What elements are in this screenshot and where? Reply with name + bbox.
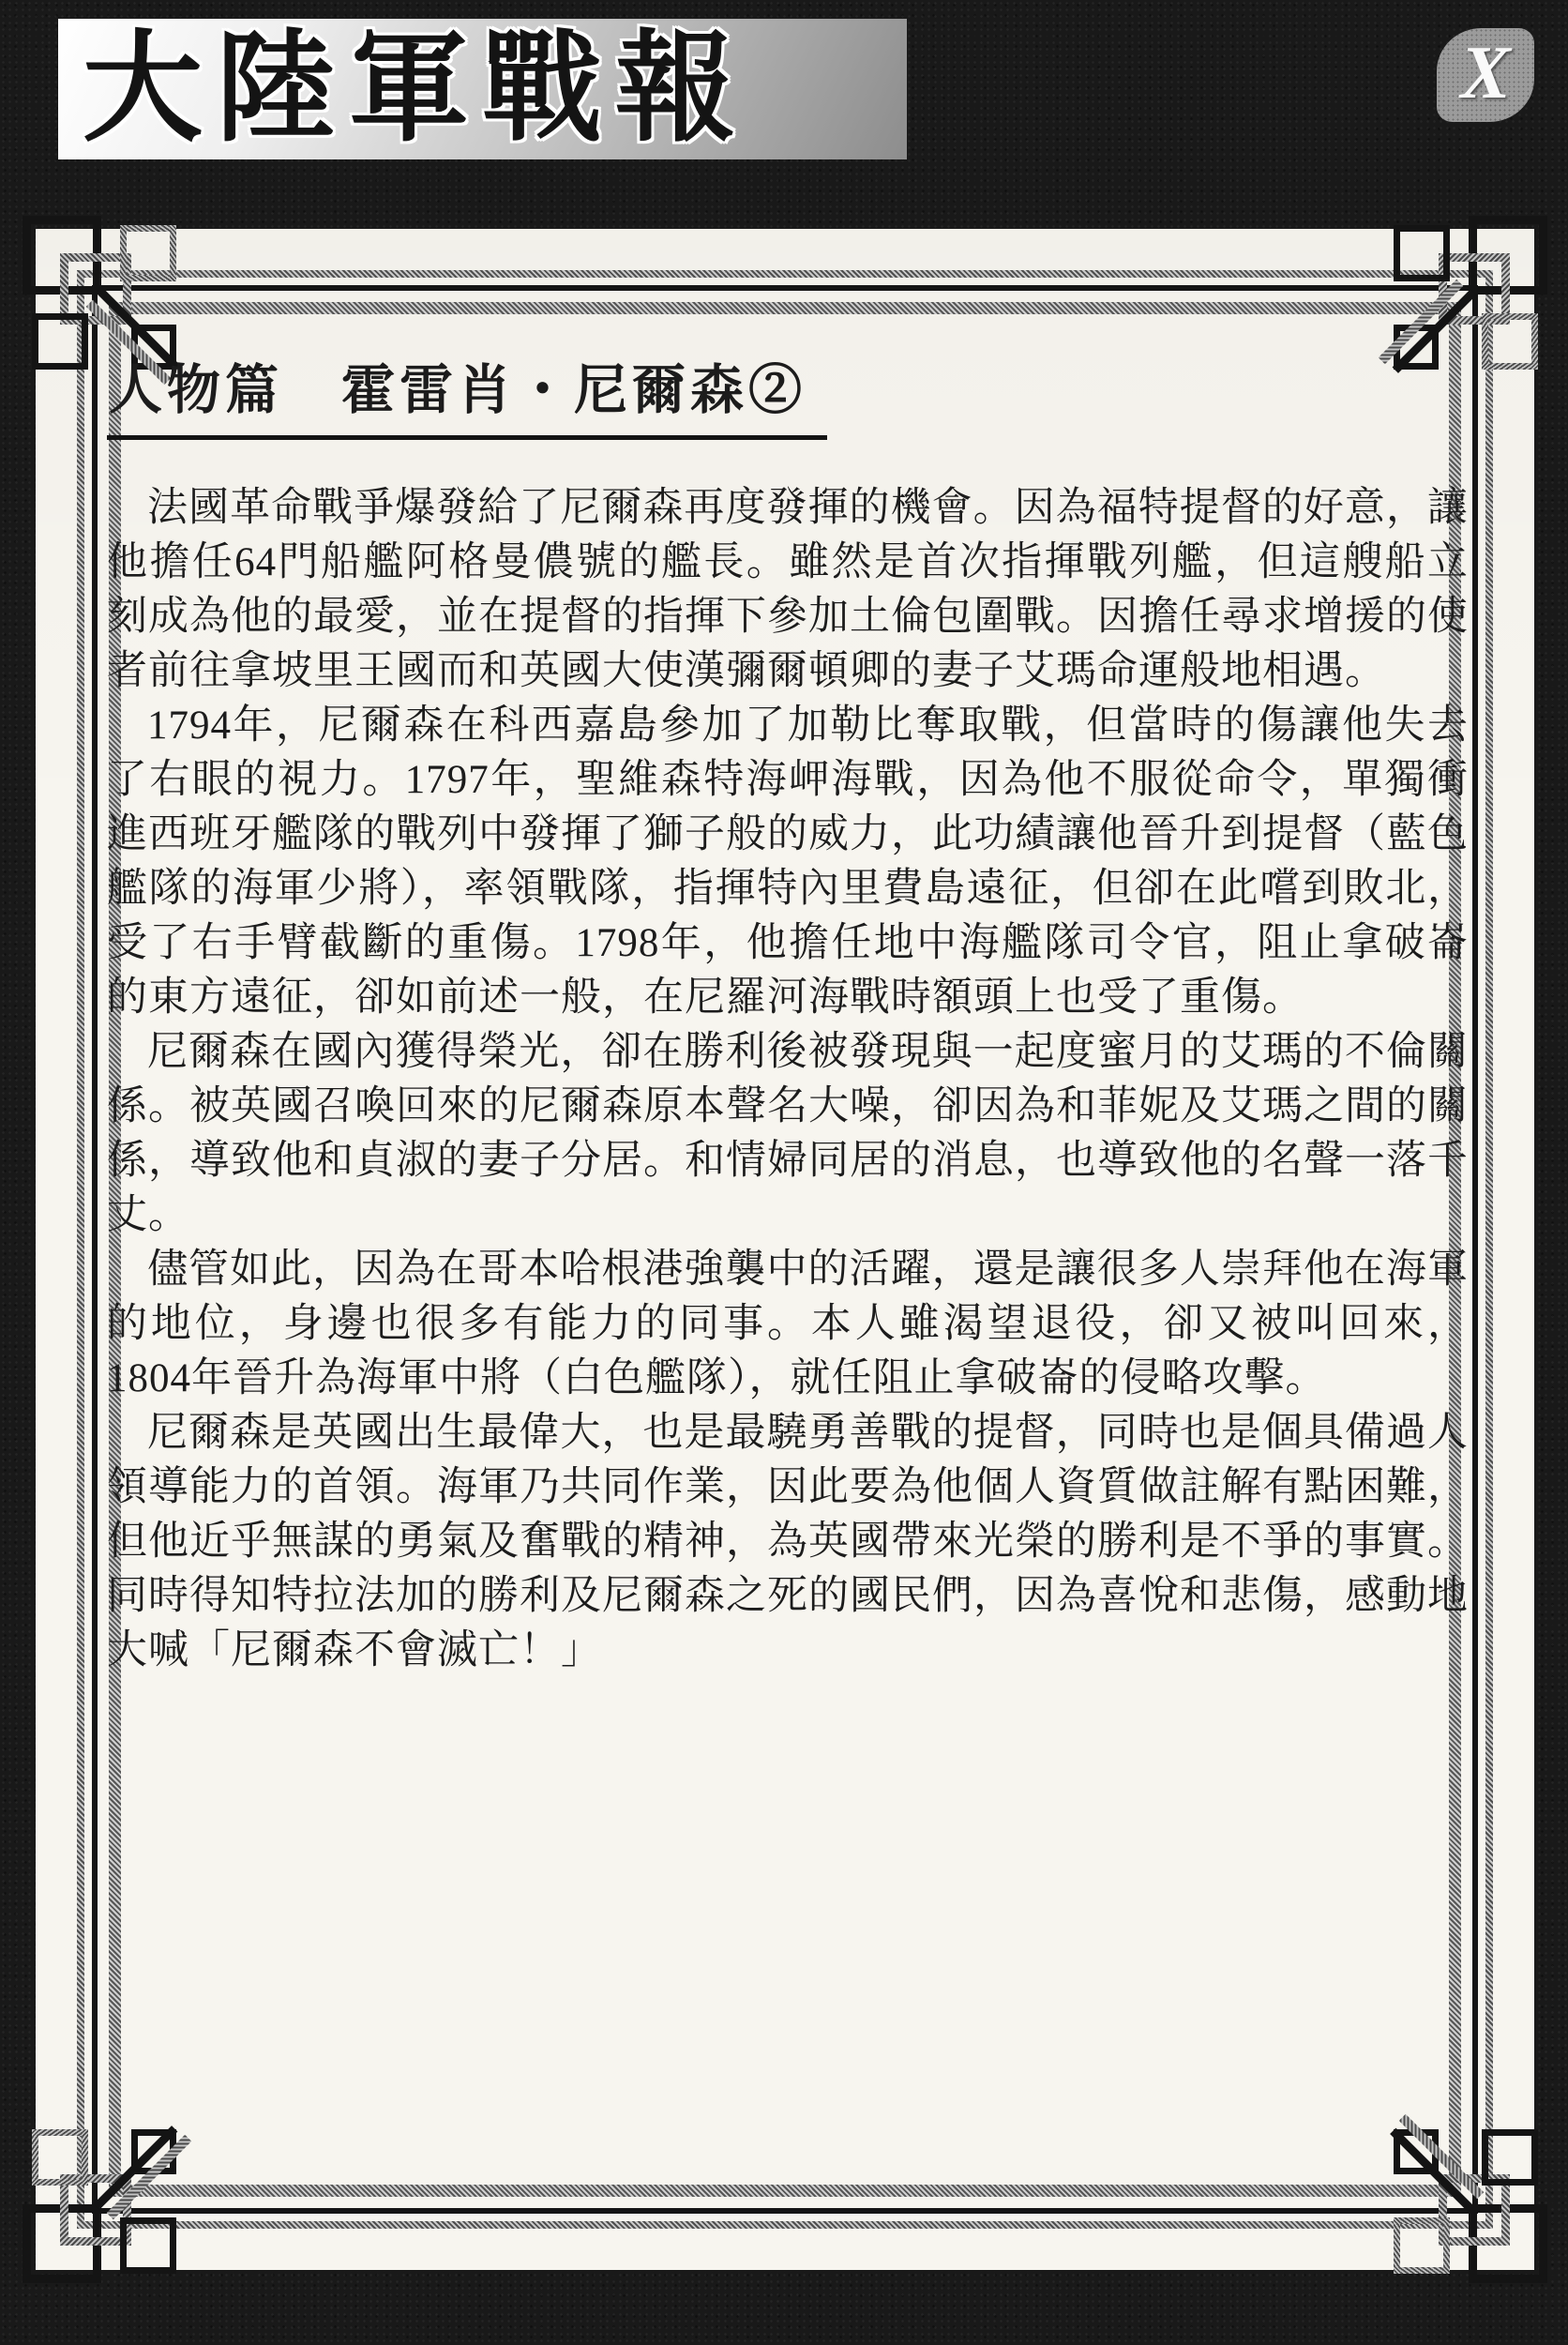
paragraph-3: 尼爾森在國內獲得榮光，卻在勝利後被發現與一起度蜜月的艾瑪的不倫關係。被英國召喚回… (107, 1025, 1469, 1243)
masthead-title: 大陸軍戰報 (58, 29, 748, 149)
page-marker-badge: X (1437, 28, 1534, 122)
masthead-banner: 大陸軍戰報 (58, 19, 907, 159)
paragraph-5: 尼爾森是英國出生最偉大，也是最驍勇善戰的提督，同時也是個具備過人領導能力的首領。… (107, 1406, 1469, 1678)
page-marker-letter: X (1460, 31, 1510, 116)
corner-ornament-bottom-right-icon (1357, 2093, 1549, 2285)
paragraph-4: 儘管如此，因為在哥本哈根港強襲中的活躍，還是讓很多人崇拜他在海軍的地位，身邊也很… (107, 1243, 1469, 1406)
corner-ornament-bottom-left-icon (21, 2093, 213, 2285)
content-panel: 人物篇 霍雷肖・尼爾森② 法國革命戰爭爆發給了尼爾森再度發揮的機會。因為福特提督… (36, 229, 1534, 2270)
paragraph-1: 法國革命戰爭爆發給了尼爾森再度發揮的機會。因為福特提督的好意，讓他擔任64門船艦… (107, 481, 1469, 699)
paragraph-2: 1794年，尼爾森在科西嘉島參加了加勒比奪取戰，但當時的傷讓他失去了右眼的視力。… (107, 699, 1469, 1025)
article: 人物篇 霍雷肖・尼爾森② 法國革命戰爭爆發給了尼爾森再度發揮的機會。因為福特提督… (107, 360, 1469, 1678)
article-title: 人物篇 霍雷肖・尼爾森② (107, 360, 827, 440)
scanned-page: { "masthead": { "title": "大陸軍戰報", "page_… (0, 0, 1568, 2345)
article-body: 法國革命戰爭爆發給了尼爾森再度發揮的機會。因為福特提督的好意，讓他擔任64門船艦… (107, 481, 1469, 1678)
